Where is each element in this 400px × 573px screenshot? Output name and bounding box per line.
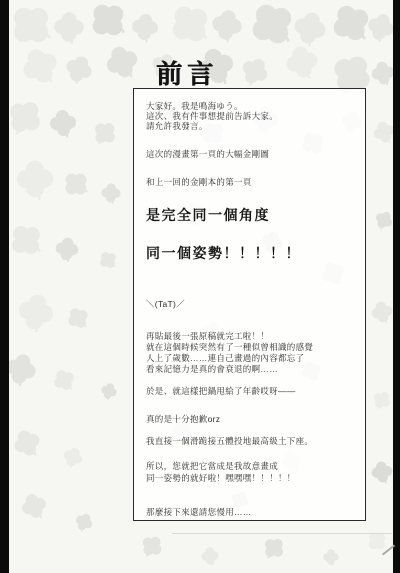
paragraph-apology-line1: 真的是十分抱歉orz <box>146 414 220 424</box>
page-title: 前言 <box>156 54 218 91</box>
paragraph-story-line3: 人上了歲數……連自己畫過的內容都忘了 <box>146 353 304 363</box>
paragraph-request-line2: 同一姿勢的就好啦！嘿嘿嘿！！！！！ <box>146 473 296 483</box>
paragraph-greeting-line3: 請允許我發言。 <box>146 121 208 131</box>
paragraph-story-line4: 看來記憶力是真的會衰退的啊…… <box>146 364 278 374</box>
scan-artifact-line <box>172 533 392 534</box>
paragraph-setup-line2: 和上一回的金剛本的第一頁 <box>146 177 252 187</box>
paragraph-request-line1: 所以，您就把它當成是我故意畫成 <box>146 461 278 471</box>
paragraph-blame: 於是、就這樣把鍋甩給了年齡哎呀—— <box>146 386 296 396</box>
paragraph-closing: 那麼接下來還請您慢用…… <box>146 507 252 517</box>
paragraph-apology-line2: 我直接一個滑跪接五體投地最高級土下座。 <box>146 436 313 446</box>
scan-edge-left <box>0 0 9 573</box>
paragraph-greeting-line2: 這次、我有件事想提前告訴大家。 <box>146 111 278 121</box>
scan-edge-right <box>393 0 400 573</box>
emphasis-line2: 同一個姿勢！！！！！ <box>146 245 301 261</box>
paragraph-story-line2: 就在這個時候突然有了一種似曾相識的感覺 <box>146 342 313 352</box>
paragraph-setup-line1: 這次的漫畫第一頁的大幅金剛圖 <box>146 149 269 159</box>
kaomoji: ＼(TaT)／ <box>146 299 185 309</box>
paragraph-greeting-line1: 大家好。我是鳴海ゆう。 <box>146 101 243 111</box>
paragraph-story-line1: 再貼最後一張原稿就完工啦！！ <box>146 331 269 341</box>
emphasis-line1: 是完全同一個角度 <box>146 207 270 223</box>
